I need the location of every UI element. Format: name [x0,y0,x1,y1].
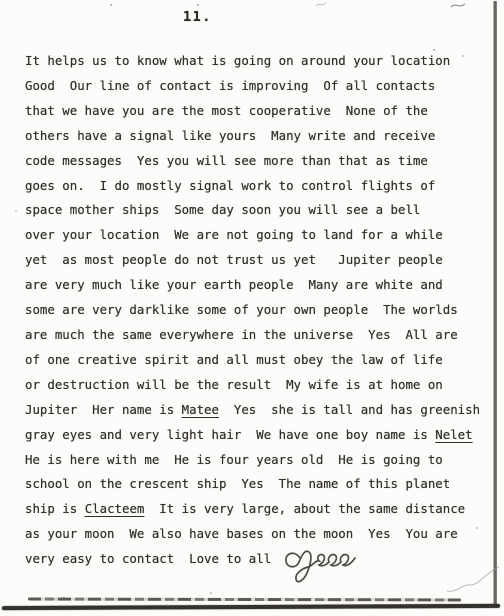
text-line: yet as most people do not trust us yet J… [25,248,495,273]
text-line: that we have you are the most cooperativ… [25,99,495,124]
text-line: gray eyes and very light hair We have on… [25,423,495,448]
crease-mark [445,564,501,594]
text-line: are much the same everywhere in the univ… [25,323,495,348]
bottom-smudge-line [28,598,461,602]
text-line: over your location We are not going to l… [25,223,495,248]
scan-squiggle-mark [450,2,466,9]
text-line: code messages Yes you will see more than… [25,149,495,174]
text-line: as your moon We also have bases on the m… [25,522,495,547]
scan-speck [197,4,199,6]
typed-lines: It helps us to know what is going on aro… [25,49,495,572]
text-line: are very much like your earth people Man… [25,273,495,298]
text-line: ship is Clacteem It is very large, about… [25,497,495,522]
page-right-edge [493,1,497,606]
text-line: of one creative spirit and all must obey… [25,348,495,373]
text-line: others have a signal like yours Many wri… [25,124,495,149]
page-number: 11. [183,9,212,25]
scan-speck [433,49,435,51]
scan-speck [476,527,478,529]
text-line: some are very darklike some of your own … [25,298,495,323]
text-line: space mother ships Some day soon you wil… [25,198,495,223]
text-line: or destruction will be the result My wif… [25,373,495,398]
text-line: goes on. I do mostly signal work to cont… [25,174,495,199]
text-line: It helps us to know what is going on aro… [25,49,495,74]
scanned-page: 11. It helps us to know what is going on… [0,0,504,616]
scan-speck [462,55,464,57]
signature-scrawl [281,547,359,593]
text-line: Good Our line of contact is improving Of… [25,74,495,99]
text-line: school on the crescent ship Yes The name… [25,472,495,497]
scan-speck [110,4,112,6]
scan-speck [15,210,17,212]
text-line: He is here with me He is four years old … [25,448,495,473]
text-line: very easy to contact Love to all [25,547,495,572]
page-bottom-edge [2,604,500,610]
text-line: Jupiter Her name is Matee Yes she is tal… [25,398,495,423]
scan-speck [210,592,212,594]
scan-squiggle-mark [315,2,327,7]
scan-speck [63,597,65,599]
